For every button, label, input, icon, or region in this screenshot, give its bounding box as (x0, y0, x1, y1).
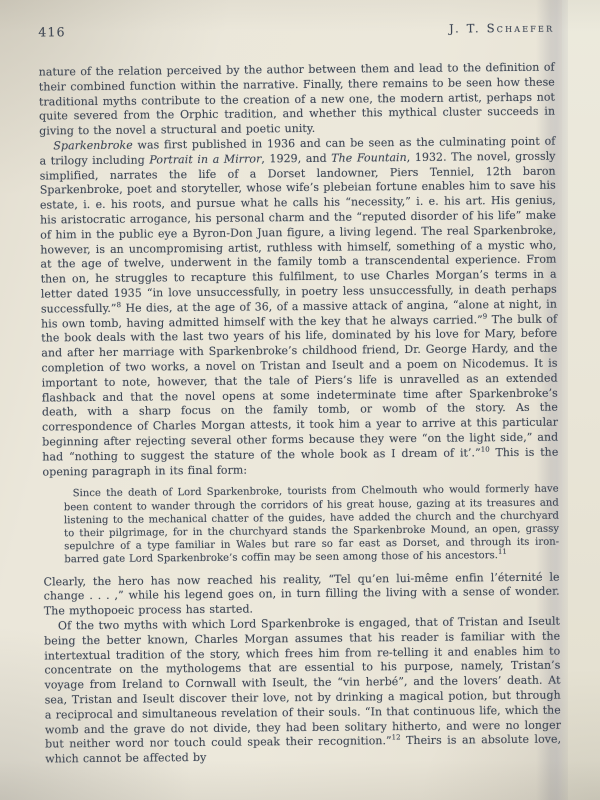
footnote-ref: 9 (483, 312, 488, 320)
footnote-ref: 11 (498, 548, 507, 556)
page-text: nature of the relation perceived by the … (39, 61, 562, 768)
italic-title: Sparkenbroke (53, 139, 132, 153)
footnote-ref: 12 (392, 734, 401, 742)
book-page-photo: 416 J. T. Schaefer nature of the relatio… (0, 0, 600, 800)
footnote-ref: 10 (481, 445, 490, 453)
body-paragraph: nature of the relation perceived by the … (39, 61, 556, 140)
italic-title: The Fountain (331, 151, 407, 165)
page: 416 J. T. Schaefer nature of the relatio… (0, 0, 600, 768)
footnote-ref: 8 (117, 301, 122, 309)
italic-title: Portrait in a Mirror (149, 152, 261, 166)
body-paragraph: Clearly, the hero has now reached his re… (44, 570, 560, 619)
running-head-author: J. T. Schaefer (449, 21, 554, 36)
body-paragraph: Sparkenbroke was first published in 1936… (39, 135, 558, 480)
body-paragraph: Of the two myths with which Lord Sparken… (44, 614, 561, 767)
block-quote: Since the death of Lord Sparkenbroke, to… (64, 483, 560, 567)
page-number: 416 (38, 24, 66, 39)
running-head: 416 J. T. Schaefer (38, 20, 554, 40)
